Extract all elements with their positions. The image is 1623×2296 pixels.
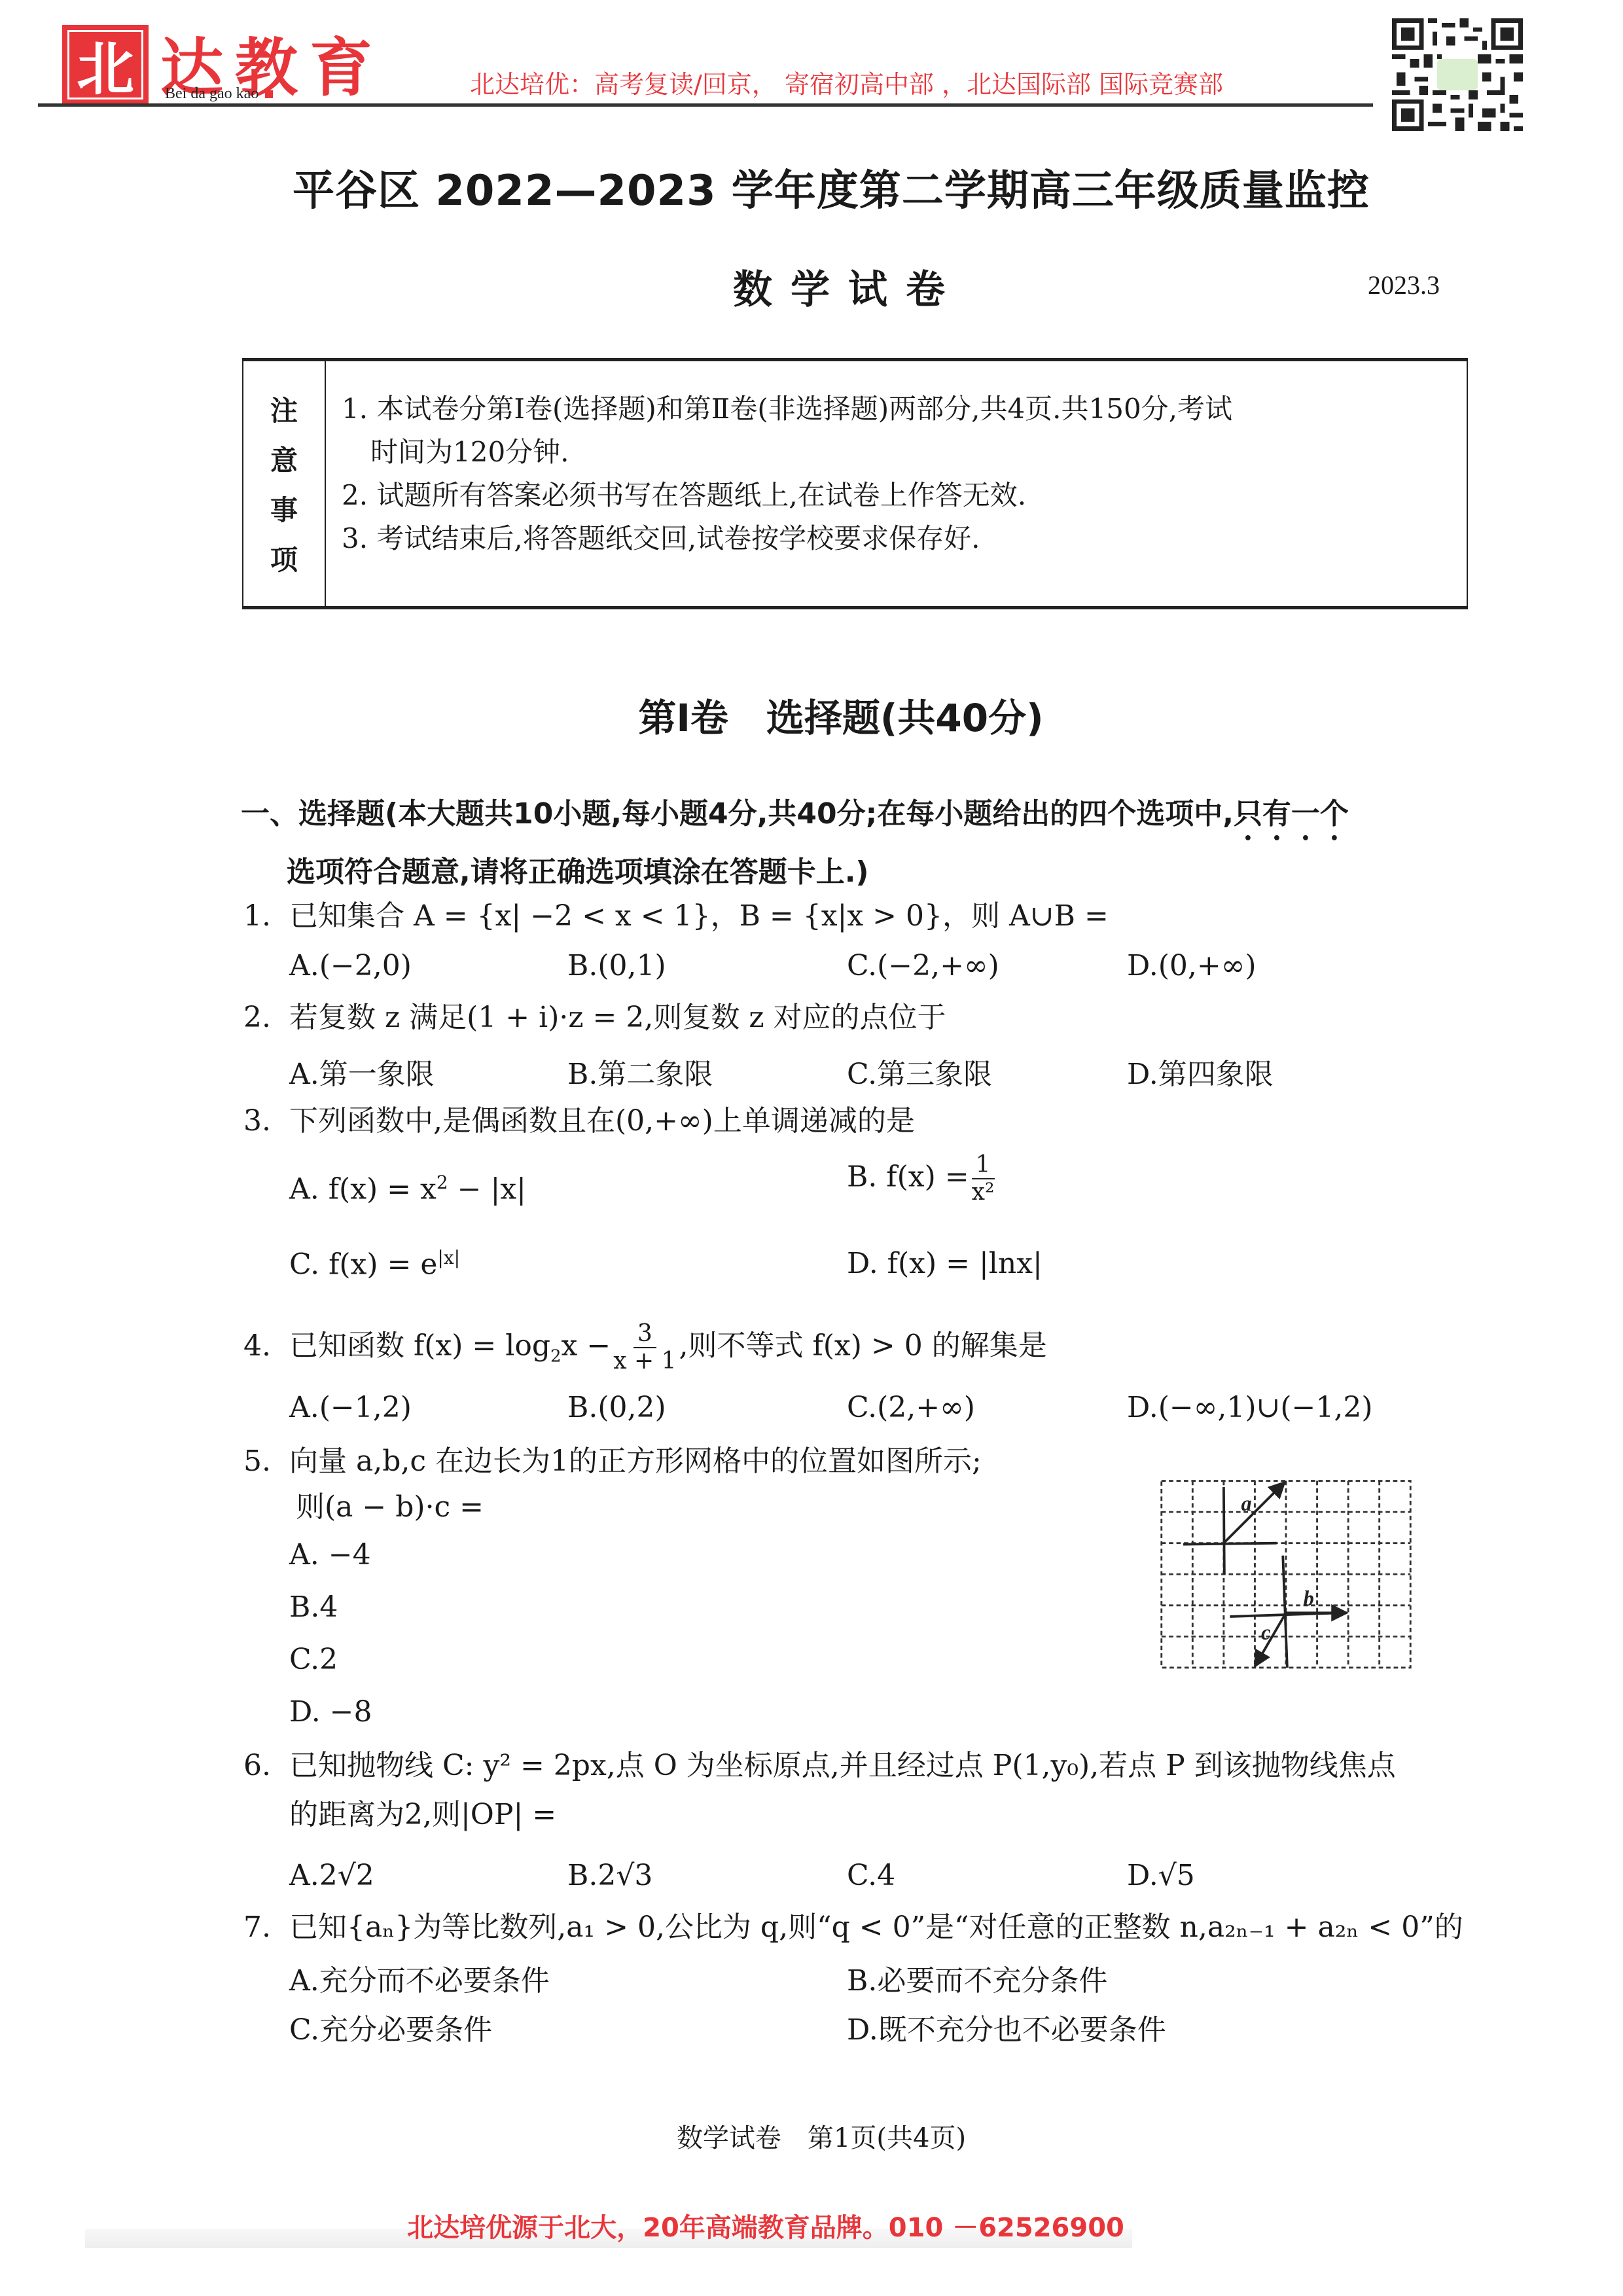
question-6: 6.已知抛物线 C: y² = 2px,点 O 为坐标原点,并且经过点 P(1,… bbox=[243, 1746, 1396, 1785]
logo-seal: 北 bbox=[62, 25, 149, 105]
option-c: C.第三象限 bbox=[847, 1050, 992, 1092]
option-b: B.必要而不充分条件 bbox=[847, 1957, 1107, 1999]
notice-item-text: 1. 本试卷分第Ⅰ卷(选择题)和第Ⅱ卷(非选择题)两部分,共4页.共150分,考… bbox=[342, 387, 1454, 431]
question-2: 2.若复数 z 满足(1 + i)·z = 2,则复数 z 对应的点位于 bbox=[243, 998, 946, 1037]
notice-label-char: 意 bbox=[270, 439, 298, 478]
notice-item: 3. 考试结束后,将答题纸交回,试卷按学校要求保存好. bbox=[342, 517, 1454, 560]
fraction-numerator: 1 bbox=[972, 1152, 995, 1179]
logo-subtitle-text: Bei da gao kao bbox=[165, 85, 259, 102]
option-c: C.4 bbox=[847, 1859, 895, 1892]
question-stem: 向量 a,b,c 在边长为1的正方形网格中的位置如图所示; bbox=[289, 1444, 982, 1478]
header-divider bbox=[38, 103, 1373, 107]
option-d: D.第四象限 bbox=[1127, 1050, 1274, 1092]
option-a: A. f(x) = x2 − |x| bbox=[289, 1172, 526, 1206]
question-5: 5.向量 a,b,c 在边长为1的正方形网格中的位置如图所示; bbox=[243, 1442, 982, 1481]
part-intro-text: 一、选择题(本大题共10小题,每小题4分,共40分;在每小题给出的四个选项中, bbox=[241, 797, 1234, 831]
option-a: A.(−2,0) bbox=[289, 949, 412, 982]
question-number: 5. bbox=[243, 1442, 289, 1481]
question-3: 3.下列函数中,是偶函数且在(0,+∞)上单调递减的是 bbox=[243, 1102, 915, 1141]
question-stem: 若复数 z 满足(1 + i)·z = 2,则复数 z 对应的点位于 bbox=[289, 1001, 946, 1034]
option-b: B.(0,2) bbox=[567, 1391, 666, 1424]
option-a: A. −4 bbox=[289, 1538, 371, 1571]
option-b: B.2√3 bbox=[567, 1859, 652, 1892]
option-c: C.(−2,+∞) bbox=[847, 949, 999, 982]
question-5-stem2: 则(a − b)·c = bbox=[296, 1488, 484, 1527]
option-d: D.(−∞,1)∪(−1,2) bbox=[1127, 1391, 1373, 1424]
exam-date: 2023.3 bbox=[1368, 270, 1440, 300]
notice-label-char: 注 bbox=[270, 389, 298, 429]
notice-item-text: 时间为120分钟. bbox=[342, 431, 1454, 474]
option-a: A.充分而不必要条件 bbox=[289, 1957, 550, 1999]
logo-seal-char: 北 bbox=[67, 30, 143, 99]
option-d: D.(0,+∞) bbox=[1127, 949, 1257, 982]
part-intro-emphasis: 只有一个 bbox=[1234, 797, 1349, 831]
vector-a-label: a bbox=[1241, 1492, 1252, 1515]
vector-b-label: b bbox=[1304, 1587, 1314, 1610]
part-intro-line1: 一、选择题(本大题共10小题,每小题4分,共40分;在每小题给出的四个选项中,只… bbox=[241, 789, 1471, 847]
question-6-stem2: 的距离为2,则|OP| = bbox=[289, 1795, 556, 1835]
notice-items: 1. 本试卷分第Ⅰ卷(选择题)和第Ⅱ卷(非选择题)两部分,共4页.共150分,考… bbox=[342, 387, 1454, 560]
notice-box: 注 意 事 项 1. 本试卷分第Ⅰ卷(选择题)和第Ⅱ卷(非选择题)两部分,共4页… bbox=[242, 358, 1468, 609]
option-d: D. −8 bbox=[289, 1695, 372, 1729]
option-a-text-tail: − |x| bbox=[448, 1173, 526, 1206]
notice-item: 2. 试题所有答案必须书写在答题纸上,在试卷上作答无效. bbox=[342, 474, 1454, 517]
option-c-exponent: |x| bbox=[437, 1247, 460, 1268]
question-stem-tail: ,则不等式 f(x) > 0 的解集是 bbox=[679, 1329, 1046, 1363]
vector-grid-figure: a b c bbox=[1158, 1469, 1414, 1685]
option-c-text: C. f(x) = e bbox=[289, 1248, 437, 1282]
option-b-fraction: 1x² bbox=[972, 1152, 995, 1206]
option-d: D.√5 bbox=[1127, 1859, 1195, 1892]
vector-c-label: c bbox=[1261, 1621, 1270, 1644]
option-c: C.2 bbox=[289, 1643, 338, 1676]
question-stem: 已知函数 f(x) = log bbox=[289, 1329, 550, 1363]
option-b: B.(0,1) bbox=[567, 949, 666, 982]
exam-subtitle: 数学试卷 bbox=[733, 259, 963, 315]
notice-item-text: 2. 试题所有答案必须书写在答题纸上,在试卷上作答无效. bbox=[342, 474, 1454, 517]
question-4-fraction: 3x + 1 bbox=[613, 1321, 676, 1374]
notice-label: 注 意 事 项 bbox=[243, 361, 326, 606]
header-slogan: 北达培优：高考复读/回京， 寄宿初高中部 ，北达国际部 国际竞赛部 bbox=[470, 64, 1223, 100]
question-stem: 下列函数中,是偶函数且在(0,+∞)上单调递减的是 bbox=[289, 1104, 915, 1138]
notice-label-char: 事 bbox=[270, 489, 298, 528]
question-number: 3. bbox=[243, 1102, 289, 1141]
notice-item-text: 3. 考试结束后,将答题纸交回,试卷按学校要求保存好. bbox=[342, 517, 1454, 560]
option-a: A.第一象限 bbox=[289, 1050, 435, 1092]
page-footer: 数学试卷 第1页(共4页) bbox=[0, 2117, 1623, 2155]
option-a: A.(−1,2) bbox=[289, 1391, 412, 1424]
option-c: C. f(x) = e|x| bbox=[289, 1247, 460, 1282]
promo-text: 北达培优源于北大，20年高端教育品牌。010 －62526900 bbox=[0, 2207, 1623, 2244]
qr-code-icon bbox=[1392, 18, 1523, 131]
logo-subtitle: Bei da gao kao bbox=[165, 85, 273, 103]
option-b-text: B. f(x) = bbox=[847, 1160, 969, 1194]
option-d: D. f(x) = |lnx| bbox=[847, 1247, 1043, 1280]
question-number: 4. bbox=[243, 1327, 289, 1366]
question-number: 2. bbox=[243, 998, 289, 1037]
question-stem: 已知集合 A = {x| −2 < x < 1}，B = {x|x > 0}，则… bbox=[289, 899, 1109, 933]
question-stem-mid: x − bbox=[562, 1329, 611, 1363]
exam-title: 平谷区 2022—2023 学年度第二学期高三年级质量监控 bbox=[0, 157, 1623, 217]
option-d: D.既不充分也不必要条件 bbox=[847, 2006, 1166, 2048]
option-a: A.2√2 bbox=[289, 1859, 374, 1892]
question-1: 1.已知集合 A = {x| −2 < x < 1}，B = {x|x > 0}… bbox=[243, 897, 1109, 936]
option-a-text: A. f(x) = x bbox=[289, 1173, 437, 1206]
option-a-exponent: 2 bbox=[437, 1172, 448, 1193]
question-number: 1. bbox=[243, 897, 289, 936]
part-intro: 一、选择题(本大题共10小题,每小题4分,共40分;在每小题给出的四个选项中,只… bbox=[241, 789, 1471, 898]
question-4: 4.已知函数 f(x) = log2x −3x + 1,则不等式 f(x) > … bbox=[243, 1321, 1047, 1376]
part-intro-line2: 选项符合题意,请将正确选项填涂在答题卡上.) bbox=[241, 847, 1471, 898]
option-b: B.第二象限 bbox=[567, 1050, 713, 1092]
fraction-numerator: 3 bbox=[633, 1321, 656, 1348]
fraction-denominator: x + 1 bbox=[613, 1348, 676, 1374]
log-base: 2 bbox=[550, 1346, 562, 1366]
question-stem: 已知抛物线 C: y² = 2px,点 O 为坐标原点,并且经过点 P(1,y₀… bbox=[289, 1749, 1396, 1782]
question-number: 7. bbox=[243, 1908, 289, 1947]
logo-square-icon bbox=[265, 90, 273, 98]
notice-label-char: 项 bbox=[270, 539, 298, 578]
option-b: B.4 bbox=[289, 1590, 338, 1624]
option-b: B. f(x) =1x² bbox=[847, 1152, 997, 1206]
question-7: 7.已知{aₙ}为等比数列,a₁ > 0,公比为 q,则“q < 0”是“对任意… bbox=[243, 1908, 1463, 1947]
notice-item: 1. 本试卷分第Ⅰ卷(选择题)和第Ⅱ卷(非选择题)两部分,共4页.共150分,考… bbox=[342, 387, 1454, 474]
option-c: C.充分必要条件 bbox=[289, 2006, 492, 2048]
option-c: C.(2,+∞) bbox=[847, 1391, 975, 1424]
fraction-denominator: x² bbox=[972, 1179, 995, 1206]
question-stem: 已知{aₙ}为等比数列,a₁ > 0,公比为 q,则“q < 0”是“对任意的正… bbox=[289, 1910, 1463, 1944]
question-number: 6. bbox=[243, 1746, 289, 1785]
section-title: 第Ⅰ卷 选择题(共40分) bbox=[0, 687, 1623, 742]
